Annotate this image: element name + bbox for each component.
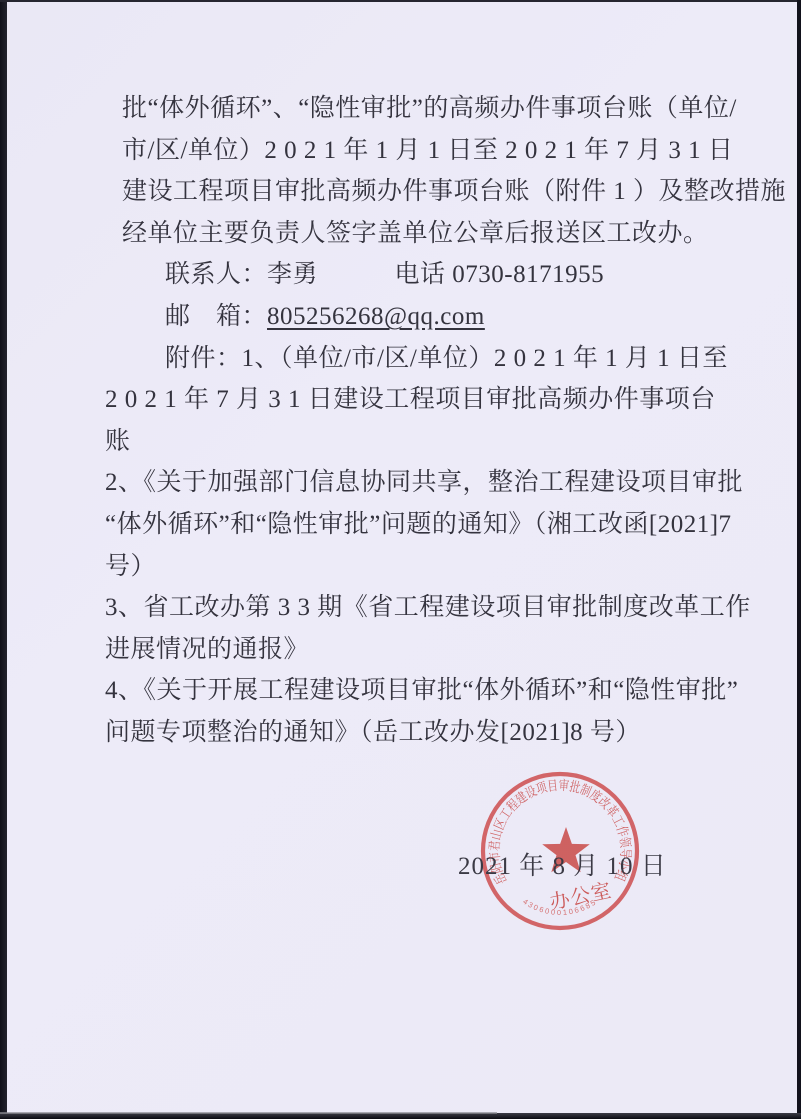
scan-edge-top [0,0,801,2]
email-label: 邮 箱： [165,303,267,330]
document-text-block: 批“体外循环”、“隐性审批”的高频办件事项台账（单位/ 市/区/单位）2 0 2… [105,88,765,754]
attachment-line-wrap: 2 0 2 1 年 7 月 3 1 日建设工程项目审批高频办件事项台 [105,379,765,421]
attachment-line-wrap: 账 [105,421,765,463]
body-line: 批“体外循环”、“隐性审批”的高频办件事项台账（单位/ [105,88,765,130]
attachment-line-4: 4、《关于开展工程建设项目审批“体外循环”和“隐性审批” [105,670,765,712]
attachment-line-wrap: 问题专项整治的通知》（岳工改办发[2021]8 号） [105,712,765,754]
attachment-line-wrap: 进展情况的通报》 [105,629,765,671]
document-date: 2021 年 8 月 10 日 [458,846,667,882]
body-line: 市/区/单位）2 0 2 1 年 1 月 1 日至 2 0 2 1 年 7 月 … [105,130,765,172]
attachment-line-wrap: “体外循环”和“隐性审批”问题的通知》（湘工改函[2021]7 [105,504,765,546]
scan-edge-right [797,0,801,1119]
attachment-line-2: 2、《关于加强部门信息协同共享，整治工程建设项目审批 [105,462,765,504]
attachment-line-3: 3、省工改办第 3 3 期《省工程建设项目审批制度改革工作 [105,587,765,629]
body-line: 建设工程项目审批高频办件事项台账（附件 1 ）及整改措施 [105,171,765,213]
scan-edge-left [0,0,7,1119]
email-line: 邮 箱：805256268@qq.com [105,296,765,338]
attachment-line-1: 附件：1、（单位/市/区/单位）2 0 2 1 年 1 月 1 日至 [105,338,765,380]
body-line: 经单位主要负责人签字盖单位公章后报送区工改办。 [105,213,765,255]
contact-line: 联系人：李勇 电话 0730-8171955 [105,254,765,296]
scanned-document-page: 批“体外循环”、“隐性审批”的高频办件事项台账（单位/ 市/区/单位）2 0 2… [0,0,801,1119]
scan-edge-bottom-gray [0,1112,497,1114]
email-address: 805256268@qq.com [267,303,485,330]
attachment-line-wrap: 号） [105,546,765,588]
